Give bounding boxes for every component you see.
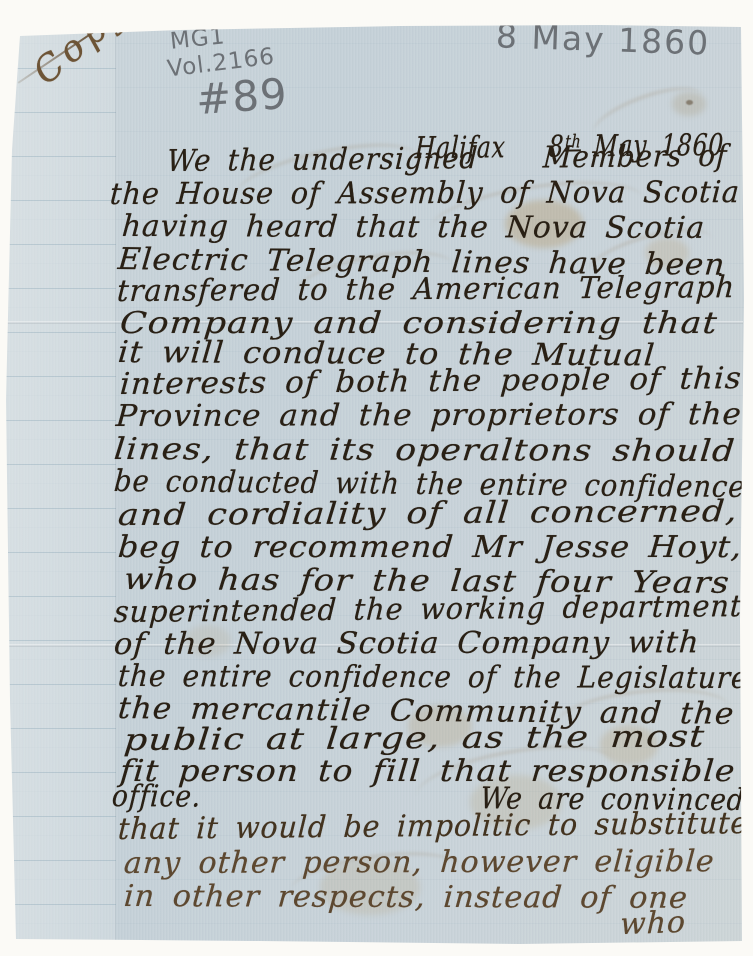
letter-line: interests of both the people of this (119, 362, 743, 402)
letter-line: the entire confidence of the Legislature (117, 660, 750, 696)
letter-line: having heard that the Nova Scotia (121, 210, 706, 246)
letter-line: in other respects, instead of one (123, 880, 689, 916)
letter-line: transfered to the American Telegraph (116, 271, 736, 309)
letter-line: lines, that its operaltons should (113, 433, 737, 469)
catchword: who (619, 905, 686, 942)
letter-line: Province and the proprietors of the (115, 398, 743, 434)
letter-line: superintended the working department (113, 590, 743, 630)
archive-reference-line3: #89 (194, 69, 289, 124)
letter-line: the House of Assembly of Nova Scotia (109, 176, 741, 212)
letter-line: We the undersigned Members of (166, 140, 728, 179)
letter-line: public at large, as the most (123, 720, 707, 758)
letter-line: beg to recommend Mr Jesse Hoyt, (117, 531, 744, 565)
paper-sheet: Copy MG1 Vol.2166 #89 8 May 1860 Halifax… (0, 0, 753, 956)
letter-line: any other person, however eligible (123, 845, 716, 881)
scanned-letter-page: Copy MG1 Vol.2166 #89 8 May 1860 Halifax… (0, 0, 753, 956)
pencil-date-annotation: 8 May 1860 (495, 16, 710, 62)
letter-line: and cordiality of all concerned, (117, 495, 739, 533)
letter-line: that it would be impolitic to substitute (117, 807, 749, 847)
letter-line: of the Nova Scotia Company with (113, 626, 701, 662)
left-margin-ruled-strip (6, 25, 116, 941)
